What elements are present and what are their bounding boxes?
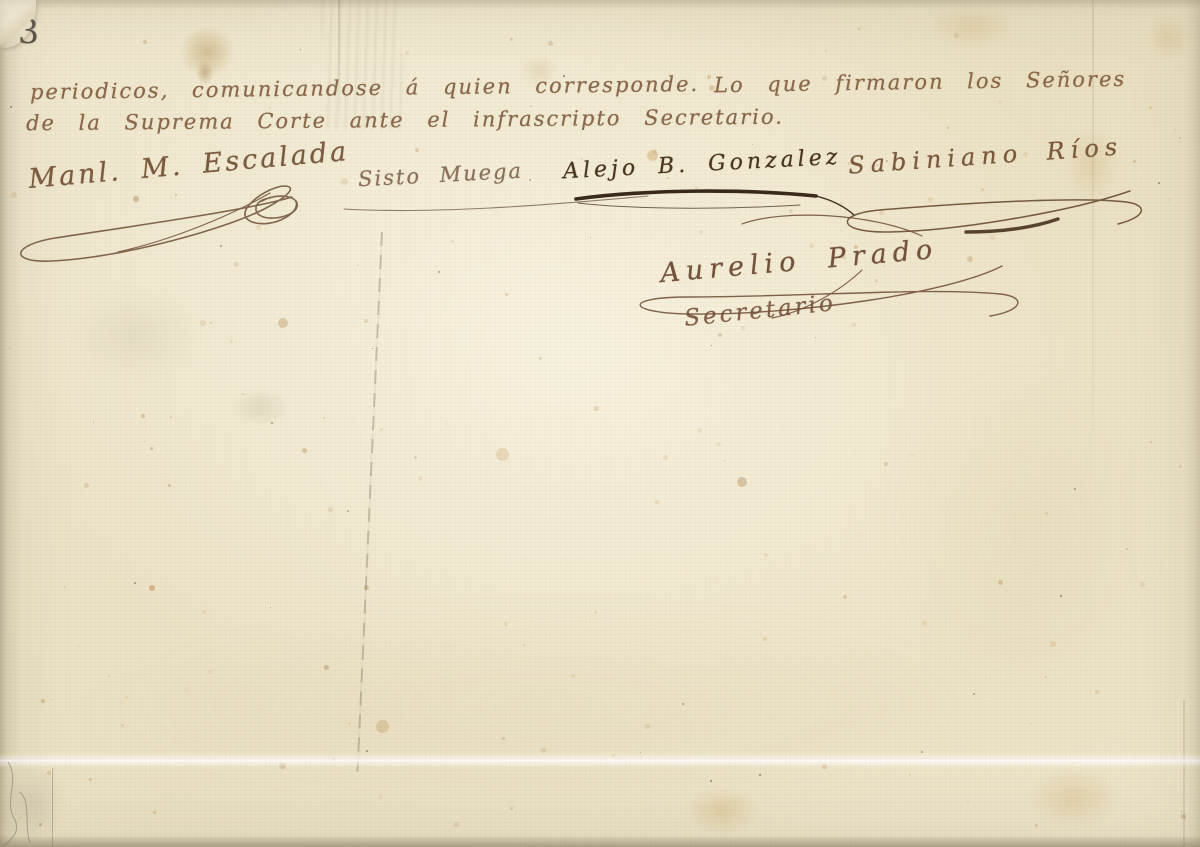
foxing-spot (911, 454, 914, 457)
vertical-crease (357, 232, 383, 772)
signature-prado-title: Secretario (683, 290, 837, 332)
foxing-spot (967, 256, 973, 262)
bottom-edge-shading (0, 835, 1200, 847)
ink-stain (180, 26, 234, 78)
dark-speck (10, 106, 12, 108)
foxing-spot (879, 210, 884, 215)
foxing-spot (502, 737, 505, 740)
foxing-spot (852, 323, 856, 327)
manuscript-page: 3 periodicos, comunicandose á quien corr… (0, 0, 1200, 847)
foxing-spot (523, 644, 525, 646)
foxing-spot (1045, 676, 1047, 678)
foxing-spot (764, 553, 768, 557)
dark-speck (724, 460, 725, 461)
foxing-spot (990, 235, 995, 240)
dark-speck (438, 271, 440, 273)
horizontal-fold-highlight (0, 752, 1200, 768)
foxing-spot (11, 192, 17, 198)
signature-escalada: Manl. M. Escalada (27, 136, 350, 195)
foxing-spot (380, 428, 383, 431)
dark-speck (347, 510, 349, 512)
foxing-spot (510, 807, 513, 810)
foxing-spot (415, 148, 419, 152)
stain (930, 6, 1014, 48)
foxing-spot (302, 448, 307, 453)
foxing-spot (884, 462, 888, 466)
foxing-spot (716, 578, 718, 580)
foxing-spot (730, 207, 731, 208)
foxing-spot (1030, 723, 1032, 725)
foxing-spot (323, 417, 325, 419)
body-line-2: de la Suprema Corte ante el infrascripto… (26, 105, 784, 136)
foxing-spot (967, 801, 969, 803)
foxing-spot (175, 194, 177, 196)
foxing-spot (998, 580, 1003, 585)
foxing-spot (684, 184, 686, 186)
dark-speck (529, 179, 531, 181)
foxing-spot (922, 621, 927, 626)
smudge (0, 766, 64, 842)
foxing-spot (825, 50, 827, 52)
foxing-spot (789, 209, 793, 213)
foxing-spot (695, 186, 698, 189)
foxing-spot (70, 340, 72, 342)
foxing-spot (451, 240, 454, 243)
dark-speck (682, 703, 684, 705)
foxing-spot (1082, 6, 1084, 8)
vertical-crease (1183, 700, 1185, 847)
dark-speck (1074, 488, 1076, 490)
foxing-spot (645, 724, 650, 729)
signature-prado: Aurelio Prado (659, 234, 939, 289)
dark-speck (134, 582, 136, 584)
foxing-spot (984, 700, 985, 701)
foxing-spot (505, 293, 508, 296)
foxing-spot (348, 722, 351, 725)
foxing-spot (210, 322, 212, 324)
foxing-spot (357, 264, 359, 266)
foxing-spot (1179, 137, 1181, 139)
foxing-spot (108, 675, 110, 677)
dark-speck (366, 750, 368, 752)
foxing-spot (170, 416, 172, 418)
foxing-spot (545, 635, 546, 636)
dark-speck (271, 422, 273, 424)
foxing-spot (454, 822, 459, 827)
dark-speck (300, 49, 301, 50)
dark-speck (815, 337, 816, 338)
foxing-spot (1168, 198, 1171, 201)
foxing-spot (822, 764, 827, 769)
foxing-spot (1181, 814, 1186, 819)
foxing-spot (697, 428, 702, 433)
foxing-spot (202, 610, 206, 614)
foxing-spot (279, 762, 286, 769)
foxing-spot (718, 333, 722, 337)
foxing-spot (143, 40, 147, 44)
foxing-spot (998, 100, 1002, 104)
stain (1146, 16, 1190, 60)
foxing-spot (278, 318, 288, 328)
foxing-spot (858, 28, 860, 30)
foxing-spot (364, 585, 369, 590)
foxing-spot (332, 758, 335, 761)
foxing-spot (446, 423, 448, 425)
foxing-spot (594, 406, 599, 411)
foxing-spot (1071, 761, 1075, 765)
foxing-spot (234, 262, 239, 267)
foxing-spot (153, 811, 156, 814)
foxing-spot (737, 477, 747, 487)
foxing-spot (594, 611, 597, 614)
foxing-spot (341, 178, 348, 185)
foxing-spot (418, 476, 423, 481)
dark-speck (93, 422, 94, 423)
foxing-spot (379, 795, 383, 799)
foxing-spot (64, 586, 66, 588)
foxing-spot (751, 570, 753, 572)
foxing-spot (541, 748, 546, 753)
dark-speck (220, 245, 222, 247)
foxing-spot (1179, 465, 1182, 468)
foxing-spot (50, 699, 52, 701)
dark-speck (640, 752, 641, 753)
stain (70, 290, 200, 380)
dark-speck (372, 348, 373, 349)
dark-speck (1181, 811, 1182, 812)
dark-speck (973, 693, 975, 695)
foxing-spot (1140, 582, 1145, 587)
foxing-spot (843, 595, 847, 599)
dark-speck (752, 144, 753, 145)
foxing-spot (1174, 129, 1176, 131)
foxing-spot (168, 484, 171, 487)
foxing-spot (548, 41, 553, 46)
foxing-spot (699, 230, 703, 234)
foxing-spot (256, 225, 261, 230)
foxing-spot (655, 500, 659, 504)
dark-speck (759, 774, 761, 776)
foxing-spot (1133, 160, 1136, 163)
body-line-1-right: Lo que firmaron los Señores (714, 67, 1127, 97)
foxing-spot (133, 196, 139, 202)
foxing-spot (141, 414, 145, 418)
foxing-spot (414, 456, 417, 459)
foxing-spot (496, 448, 509, 461)
dark-speck (1158, 182, 1160, 184)
dark-speck (1060, 595, 1062, 597)
foxing-spot (1035, 824, 1038, 827)
signature-gonzalez: Alejo B. Gonzalez (563, 145, 842, 185)
stain (110, 610, 990, 800)
foxing-spot (121, 724, 124, 727)
foxing-spot (612, 754, 615, 757)
foxing-spot (716, 442, 721, 447)
signature-muega: Sisto Muega (357, 159, 523, 192)
vertical-crease (338, 0, 340, 125)
vertical-crease (1092, 0, 1094, 430)
foxing-spot (922, 358, 923, 359)
foxing-spot (839, 202, 844, 207)
foxing-spot (39, 823, 42, 826)
foxing-spot (1126, 548, 1128, 550)
foxing-spot (89, 778, 92, 781)
foxing-spot (41, 699, 45, 703)
stain (890, 370, 1160, 680)
foxing-spot (376, 720, 389, 733)
foxing-spot (875, 279, 878, 282)
foxing-spot (539, 357, 542, 360)
foxing-spot (741, 326, 745, 330)
foxing-spot (242, 393, 244, 395)
foxing-spot (735, 800, 737, 802)
foxing-spot (230, 340, 233, 343)
stain (686, 788, 758, 834)
stain (232, 388, 288, 426)
foxing-spot (504, 622, 508, 626)
foxing-spot (78, 645, 80, 647)
dark-speck (9, 348, 10, 349)
foxing-spot (954, 33, 959, 38)
foxing-spot (149, 585, 155, 591)
foxing-spot (1095, 690, 1099, 694)
foxing-spot (364, 319, 368, 323)
foxing-spot (184, 687, 189, 692)
dark-speck (711, 345, 712, 346)
dark-speck (921, 751, 923, 753)
foxing-spot (1045, 512, 1048, 515)
foxing-spot (405, 51, 409, 55)
foxing-spot (208, 670, 212, 674)
foxing-spot (47, 771, 51, 775)
foxing-spot (981, 188, 984, 191)
foxing-spot (909, 774, 911, 776)
dark-speck (590, 237, 591, 238)
foxing-spot (324, 665, 329, 670)
foxing-spot (947, 127, 949, 129)
foxing-spot (510, 38, 513, 41)
foxing-spot (904, 294, 905, 295)
dark-speck (710, 780, 712, 782)
foxing-spot (763, 637, 767, 641)
foxing-spot (707, 75, 711, 79)
foxing-spot (84, 483, 89, 488)
foxing-spot (1050, 641, 1056, 647)
foxing-spot (200, 320, 206, 326)
signature-rios: Sabiniano Ríos (847, 132, 1124, 179)
foxing-spot (571, 674, 575, 678)
foxing-spot (858, 535, 860, 537)
body-line-1-left: periodicos, comunicandose á quien corres… (30, 72, 699, 104)
stain (1028, 768, 1120, 828)
foxing-spot (125, 696, 128, 699)
foxing-spot (928, 197, 933, 202)
foxing-spot (1150, 441, 1152, 443)
dark-speck (270, 607, 271, 608)
foxing-spot (663, 455, 668, 460)
foxing-spot (150, 447, 153, 450)
foxing-spot (328, 507, 333, 512)
foxing-spot (1149, 106, 1152, 109)
pencil-line (52, 768, 53, 847)
